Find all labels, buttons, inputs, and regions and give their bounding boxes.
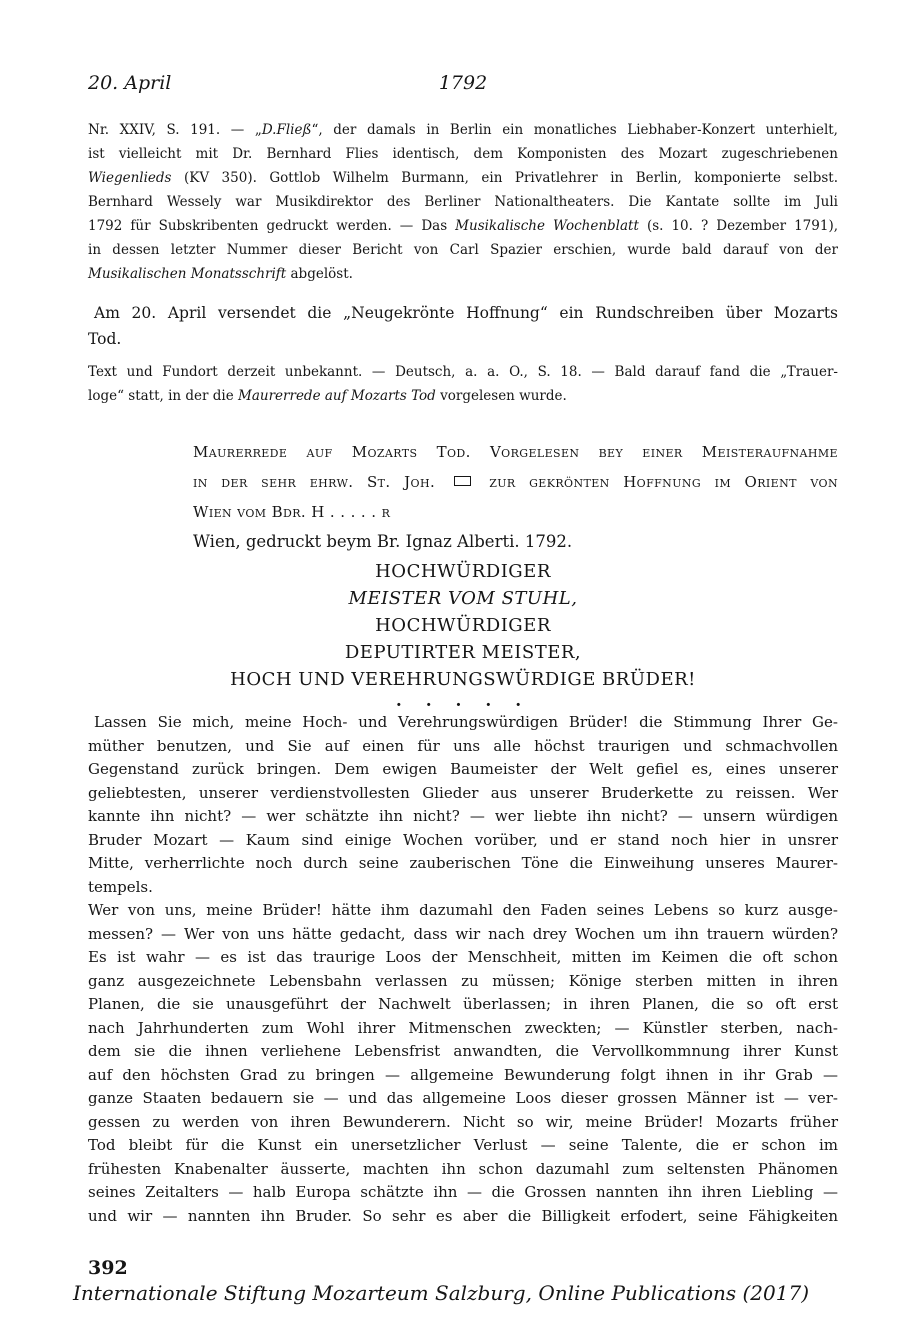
text-line: Wer von uns, meine Brüder! hätte ihm daz… [88, 899, 838, 923]
text-line: Mitte, verherrlichte noch durch seine za… [88, 852, 838, 876]
text-line: müther benutzen, und Sie auf einen für u… [88, 735, 838, 759]
annotation-bottom-paragraph: Text und Fundort derzeit unbekannt. — De… [88, 360, 838, 408]
page-number: 392 [88, 1256, 838, 1280]
text-line: in dessen letzter Nummer dieser Bericht … [88, 238, 838, 262]
text-line: loge“ statt, in der die Maurerrede auf M… [88, 384, 838, 408]
italic-run: MEISTER VOM STUHL, [349, 588, 578, 609]
text-line: Tod. [88, 326, 838, 352]
text-line: HOCHWÜRDIGER [88, 558, 838, 585]
speech-paragraph: Es ist wahr — es ist das traurige Loos d… [88, 946, 838, 1228]
imprint-line: Wien, gedruckt beym Br. Ignaz Alberti. 1… [193, 529, 838, 555]
text-line: ist vielleicht mit Dr. Bernhard Flies id… [88, 142, 838, 166]
text-line: geliebtesten, unserer verdienstvollesten… [88, 782, 838, 806]
book-page: 20. April 1792 Nr. XXIV, S. 191. — „D.Fl… [0, 0, 900, 1326]
lodge-square-icon [454, 476, 471, 486]
text-line: seines Zeitalters — halb Europa schätzte… [88, 1181, 838, 1205]
speech-title: Maurerrede auf Mozarts Tod. Vorgelesen b… [193, 437, 838, 527]
text-line: HOCHWÜRDIGER [88, 612, 838, 639]
speech-body: Lassen Sie mich, meine Hoch- und Verehru… [88, 711, 838, 1228]
credit-line: Internationale Stiftung Mozarteum Salzbu… [73, 1280, 838, 1306]
text-line: Tod bleibt für die Kunst ein unersetzlic… [88, 1134, 838, 1158]
italic-run: Wiegenlieds [88, 170, 171, 186]
year-heading: 1792 [88, 72, 838, 94]
annotation-top-paragraph: Nr. XXIV, S. 191. — „D.Fließ“, der damal… [88, 118, 838, 286]
text-line: Gegenstand zurück bringen. Dem ewigen Ba… [88, 758, 838, 782]
text-line: DEPUTIRTER MEISTER, [88, 639, 838, 666]
text-line: Musikalischen Monatsschrift abgelöst. [88, 262, 838, 286]
ellipsis-dots: . . . . . [88, 695, 838, 707]
text-line: auf den höchsten Grad zu bringen — allge… [88, 1064, 838, 1088]
salutation-heading: HOCHWÜRDIGERMEISTER VOM STUHL,HOCHWÜRDIG… [88, 558, 838, 693]
italic-run: Maurerrede auf Mozarts Tod [238, 388, 436, 404]
text-line: Lassen Sie mich, meine Hoch- und Verehru… [88, 711, 838, 735]
text-line: kannte ihn nicht? — wer schätzte ihn nic… [88, 805, 838, 829]
text-line: dem sie die ihnen verliehene Lebensfrist… [88, 1040, 838, 1064]
italic-run: Musikalische Wochenblatt [455, 218, 639, 234]
text-line: Bruder Mozart — Kaum sind einige Wochen … [88, 829, 838, 853]
text-line: Wien vom Bdr. H . . . . . r [193, 497, 838, 527]
text-line: frühesten Knabenalter äusserte, machten … [88, 1158, 838, 1182]
text-line: nach Jahrhunderten zum Wohl ihrer Mitmen… [88, 1017, 838, 1041]
italic-run: D.Fließ [262, 122, 312, 138]
speech-paragraph: Wer von uns, meine Brüder! hätte ihm daz… [88, 899, 838, 946]
text-line: Wiegenlieds (KV 350). Gottlob Wilhelm Bu… [88, 166, 838, 190]
text-line: gessen zu werden von ihren Bewunderern. … [88, 1111, 838, 1135]
page-footer: 392 Internationale Stiftung Mozarteum Sa… [88, 1256, 838, 1306]
text-line: Bernhard Wessely war Musikdirektor des B… [88, 190, 838, 214]
page-header: 20. April 1792 [88, 72, 838, 100]
text-line: Nr. XXIV, S. 191. — „D.Fließ“, der damal… [88, 118, 838, 142]
text-line: Am 20. April versendet die „Neugekrönte … [88, 300, 838, 326]
text-line: ganze Staaten bedauern sie — und das all… [88, 1087, 838, 1111]
event-paragraph: Am 20. April versendet die „Neugekrönte … [88, 300, 838, 352]
text-line: Planen, die sie unausgeführt der Nachwel… [88, 993, 838, 1017]
text-line: 1792 für Subskribenten gedruckt werden. … [88, 214, 838, 238]
text-line: Es ist wahr — es ist das traurige Loos d… [88, 946, 838, 970]
text-line: ganz ausgezeichnete Lebensbahn verlassen… [88, 970, 838, 994]
text-line: tempels. [88, 876, 838, 900]
italic-run: Musikalischen Monatsschrift [88, 266, 286, 282]
text-line: in der sehr ehrw. St. Joh. zur gekrönten… [193, 467, 838, 497]
text-line: HOCH UND VEREHRUNGSWÜRDIGE BRÜDER! [88, 666, 838, 693]
text-line: Maurerrede auf Mozarts Tod. Vorgelesen b… [193, 437, 838, 467]
speech-paragraph: Lassen Sie mich, meine Hoch- und Verehru… [88, 711, 838, 899]
text-line: messen? — Wer von uns hätte gedacht, das… [88, 923, 838, 947]
text-line: Text und Fundort derzeit unbekannt. — De… [88, 360, 838, 384]
text-line: und wir — nannten ihn Bruder. So sehr es… [88, 1205, 838, 1229]
text-line: MEISTER VOM STUHL, [88, 585, 838, 612]
